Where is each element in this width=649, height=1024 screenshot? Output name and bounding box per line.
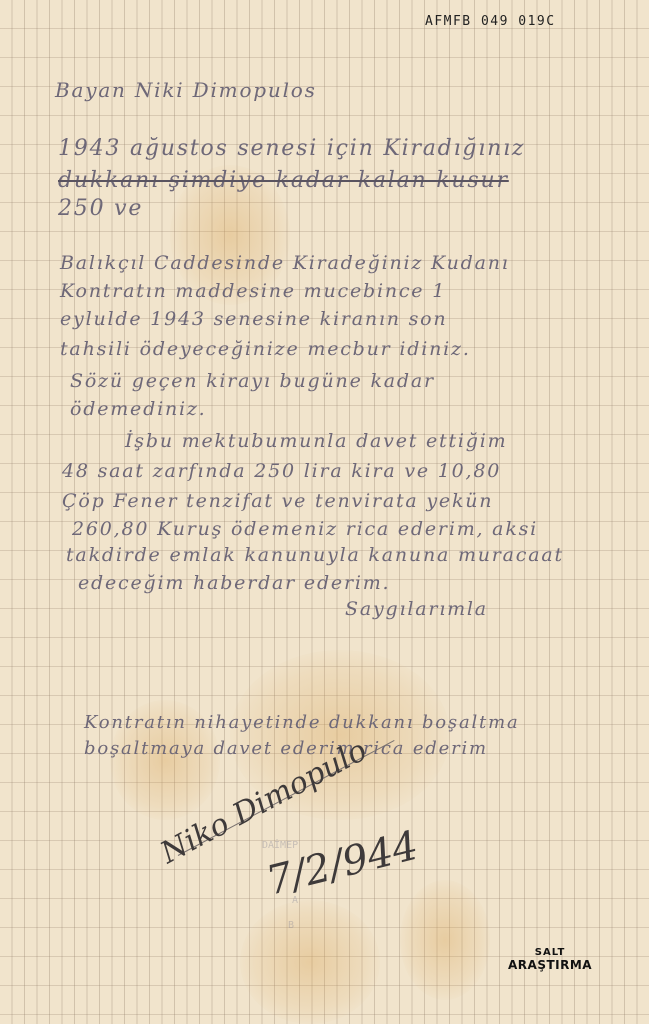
- postscript-line-1: Kontratın nihayetinde dukkanı boşaltma: [84, 712, 520, 733]
- paragraph-3-line-4: 260,80 Kuruş ödemeniz rica ederim, aksi: [72, 518, 538, 540]
- paragraph-1-line-2: dukkanı şimdiye kadar kalan kusur: [58, 168, 509, 193]
- paragraph-3-line-5: takdirde emlak kanunuyla kanuna muracaat: [66, 544, 564, 566]
- paragraph-2-line-1: Balıkçıl Caddesinde Kiradeğiniz Kudanı: [60, 252, 510, 274]
- paragraph-3-line-2: 48 saat zarfında 250 lira kira ve 10,80: [62, 460, 501, 482]
- paragraph-2-line-6: ödemediniz.: [70, 398, 207, 420]
- stain-lower-right: [400, 880, 490, 1000]
- salt-arastirma-watermark: SALT ARAŞTIRMA: [508, 948, 592, 971]
- closing: Saygılarımla: [345, 598, 488, 620]
- postscript-line-2: boşaltmaya davet ederim rica ederim: [84, 738, 488, 759]
- paragraph-3-line-3: Çöp Fener tenzifat ve tenvirata yekün: [62, 490, 493, 512]
- faint-stamp-line-3: B: [288, 920, 294, 931]
- paragraph-2-line-4: tahsili ödeyeceğinize mecbur idiniz.: [60, 338, 471, 360]
- faint-stamp-line-1: DAİMEP: [262, 840, 298, 851]
- stain-lower: [240, 900, 380, 1024]
- paragraph-1-line-1: 1943 ağustos senesi için Kiradığınız: [58, 136, 525, 161]
- archive-reference-code: AFMFB 049 019C: [425, 14, 556, 29]
- paragraph-3-line-1: İşbu mektubumunla davet ettiğim: [125, 430, 507, 452]
- paragraph-2-line-5: Sözü geçen kirayı bugüne kadar: [70, 370, 435, 392]
- paragraph-1-line-3: 250 ve: [58, 196, 143, 221]
- salutation: Bayan Niki Dimopulos: [55, 78, 317, 102]
- paragraph-2-line-3: eylulde 1943 senesine kiranın son: [60, 308, 447, 330]
- paragraph-3-line-6: edeceğim haberdar ederim.: [78, 572, 390, 594]
- watermark-line-2: ARAŞTIRMA: [508, 959, 592, 972]
- watermark-line-1: SALT: [508, 948, 592, 959]
- paragraph-2-line-2: Kontratın maddesine mucebince 1: [60, 280, 446, 302]
